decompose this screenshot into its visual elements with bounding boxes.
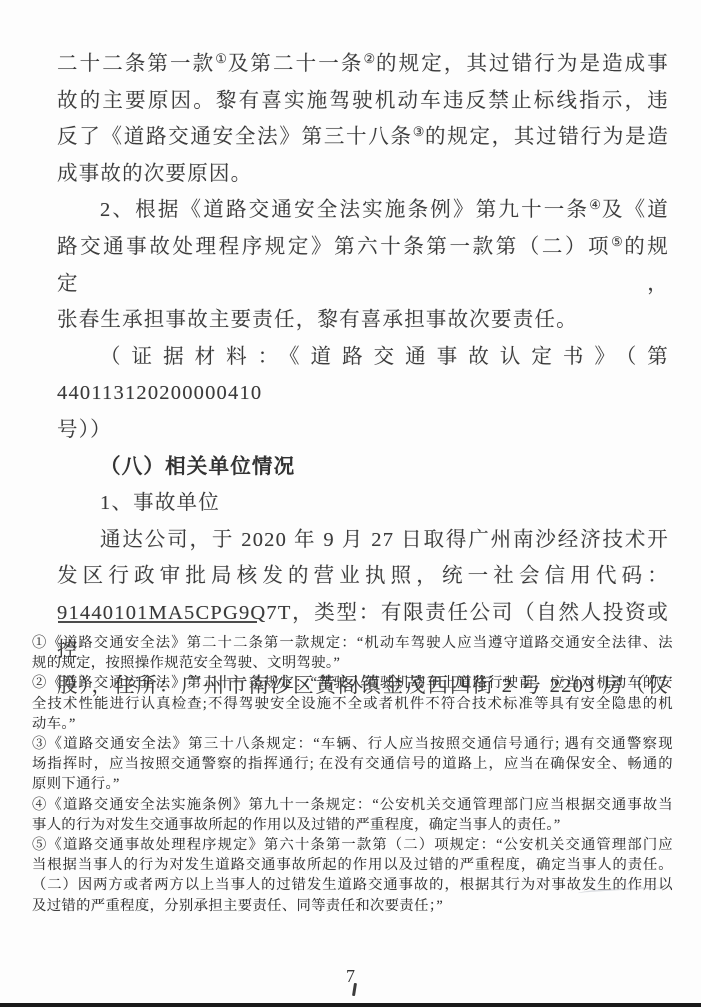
footnote-line: 事人的行为对发生交通事故所起的作用以及过错的严重程度，确定当事人的责任。” xyxy=(32,815,673,835)
document-page: 二十二条第一款①及第二十一条②的规定，其过错行为是造成事 故的主要原因。黎有喜实… xyxy=(0,0,701,1008)
footnote-line: 动车。” xyxy=(32,714,673,734)
footnotes: ①《道路交通安全法》第二十二条第一款规定：“机动车驾驶人应当遵守道路交通安全法律… xyxy=(32,633,673,916)
body-line: 故的主要原因。黎有喜实施驾驶机动车违反禁止标线指示，违 xyxy=(57,83,669,120)
sub-heading: 1、事故单位 xyxy=(57,485,669,522)
body-text: 二十二条第一款①及第二十一条②的规定，其过错行为是造成事 故的主要原因。黎有喜实… xyxy=(57,46,669,705)
footnote-line: 及过错的严重程度，分别承担主要责任、同等责任和次要责任；” xyxy=(32,896,673,916)
body-line: 成事故的次要原因。 xyxy=(57,156,669,193)
footnote-ref-5: ⑤ xyxy=(611,234,624,249)
footnote-ref-1: ① xyxy=(215,51,228,66)
body-line: 通达公司，于 2020 年 9 月 27 日取得广州南沙经济技术开 xyxy=(57,522,669,559)
body-line: 号）） xyxy=(57,412,669,449)
footnote-ref-4: ④ xyxy=(589,197,602,212)
body-line-text: 及第二十一条 xyxy=(228,53,364,75)
body-line: （证据材料：《道路交通事故认定书》（第 440113120200000410 xyxy=(57,339,669,412)
footnote-line: ④《道路交通安全法实施条例》第九十一条规定：“公安机关交通管理部门应当根据交通事… xyxy=(32,795,673,815)
body-line-text: 的规定，其过错行为是造成事 xyxy=(376,53,669,75)
footnote-separator xyxy=(58,621,257,623)
footnote-line: 原则下通行。” xyxy=(32,774,673,794)
footnote-line: 全技术性能进行认真检查;不得驾驶安全设施不全或者机件不符合技术标准等具有安全隐患… xyxy=(32,694,673,714)
body-line: 路交通事故处理程序规定》第六十条第一款第（二）项⑤的规定， xyxy=(57,229,669,302)
body-line: 反了《道路交通安全法》第三十八条③的规定，其过错行为是造 xyxy=(57,119,669,156)
body-line-text: 2、根据《道路交通安全法实施条例》第九十一条 xyxy=(100,199,589,221)
body-line-text: 路交通事故处理程序规定》第六十条第一款第（二）项 xyxy=(57,236,611,258)
body-line-text: 的规定，其过错行为是造 xyxy=(425,126,669,148)
footnote-line: 当根据当事人的行为对发生道路交通事故所起的作用以及过错的严重程度，确定当事人的责… xyxy=(32,855,673,875)
footnote-ref-2: ② xyxy=(363,51,376,66)
footnote-line: （二）因两方或者两方以上当事人的过错发生道路交通事故的，根据其行为对事故发生的作… xyxy=(32,875,673,895)
scan-mark xyxy=(352,983,357,996)
body-line-text: 二十二条第一款 xyxy=(57,53,215,75)
footnote-line: ③《道路交通安全法》第三十八条规定：“车辆、行人应当按照交通信号通行; 遇有交通… xyxy=(32,734,673,754)
footnote-ref-3: ③ xyxy=(413,124,425,139)
body-line: 发区行政审批局核发的营业执照，统一社会信用代码： xyxy=(57,558,669,595)
page-number: 7 xyxy=(0,966,701,987)
scan-edge-line xyxy=(0,1003,701,1007)
footnote-line: ②《道路交通安全法》第二十一条规定：“驾驶人驾驶机动车上道路行驶前，应当对机动车… xyxy=(32,673,673,693)
section-heading: （八）相关单位情况 xyxy=(57,449,669,486)
body-line-text: 及《道 xyxy=(602,199,669,221)
body-line: 2、根据《道路交通安全法实施条例》第九十一条④及《道 xyxy=(57,192,669,229)
body-line: 张春生承担事故主要责任，黎有喜承担事故次要责任。 xyxy=(57,302,669,339)
footnote-line: 场指挥时，应当按照交通警察的指挥通行; 在没有交通信号的道路上，应当在确保安全、… xyxy=(32,754,673,774)
body-line-text: 反了《道路交通安全法》第三十八条 xyxy=(57,126,413,148)
footnote-line: ⑤《道路交通事故处理程序规定》第六十条第一款第（二）项规定：“公安机关交通管理部… xyxy=(32,835,673,855)
body-line: 二十二条第一款①及第二十一条②的规定，其过错行为是造成事 xyxy=(57,46,669,83)
footnote-line: 规的规定，按照操作规范安全驾驶、文明驾驶。” xyxy=(32,653,673,673)
footnote-line: ①《道路交通安全法》第二十二条第一款规定：“机动车驾驶人应当遵守道路交通安全法律… xyxy=(32,633,673,653)
